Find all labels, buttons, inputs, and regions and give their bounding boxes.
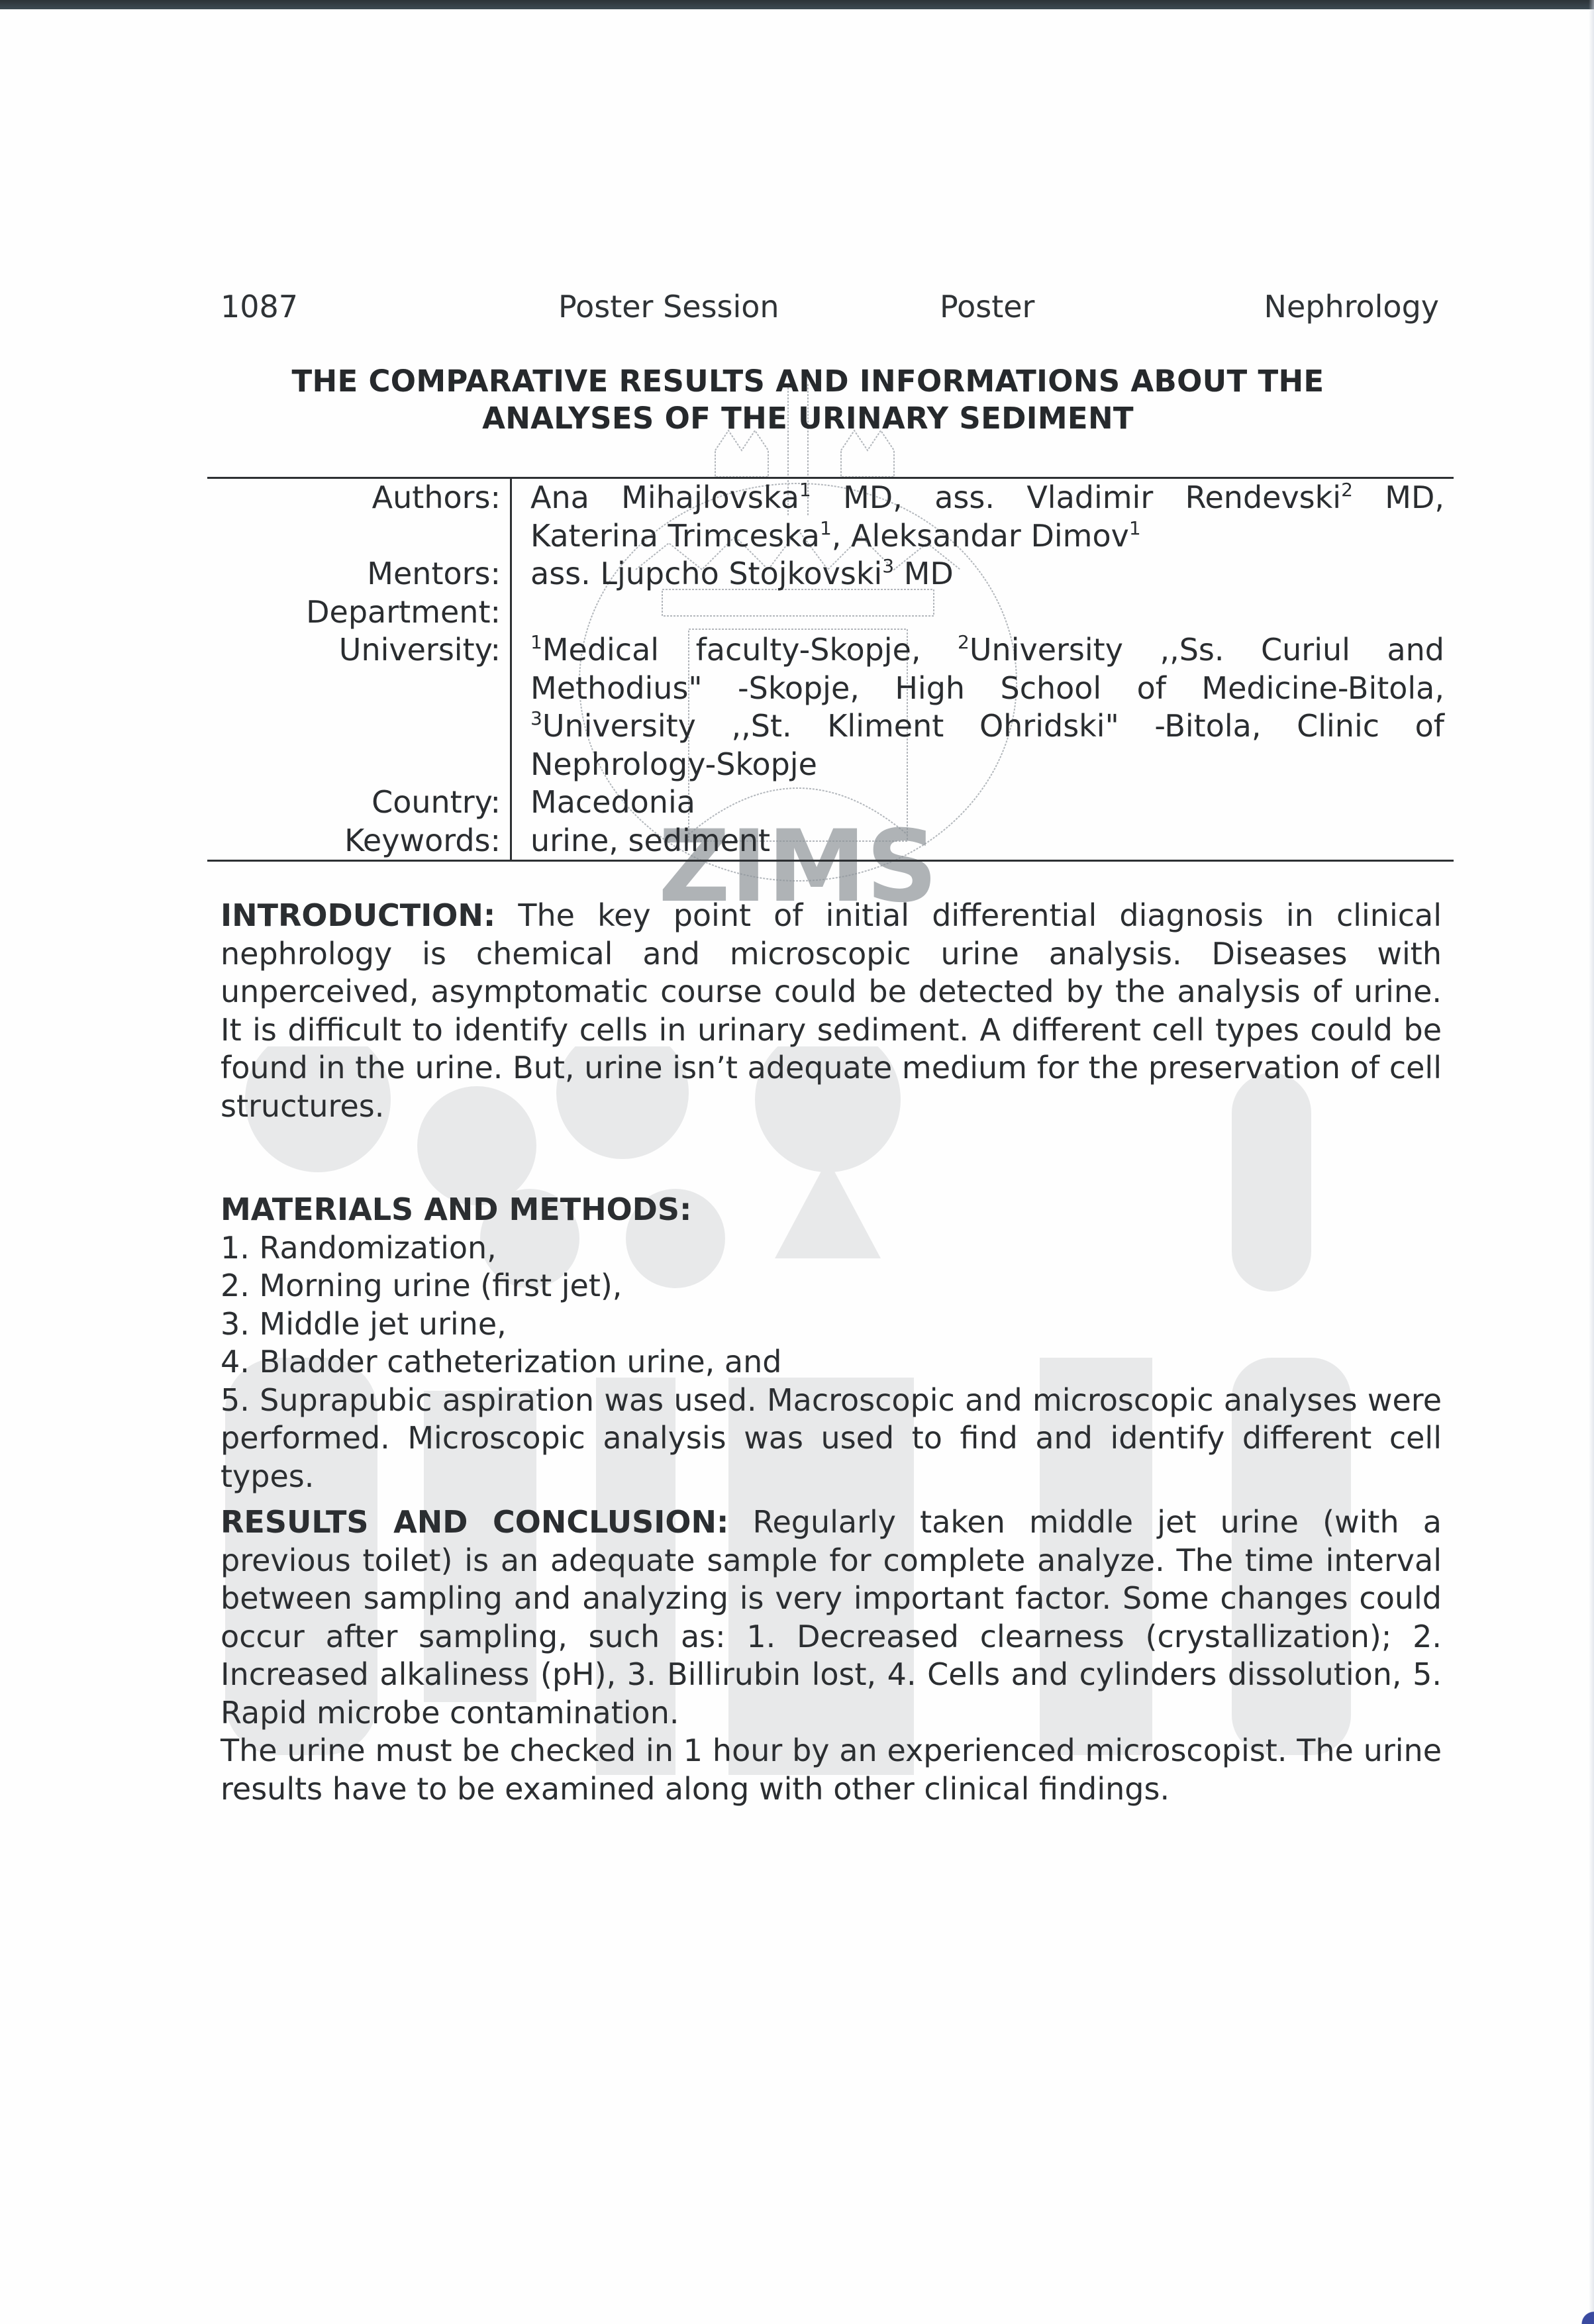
department-row: Department:: [207, 593, 1454, 632]
results-section: RESULTS AND CONCLUSION: Regularly taken …: [221, 1503, 1442, 1808]
methods-item-4: 4. Bladder catheterization urine, and: [221, 1343, 1442, 1382]
scan-corner-mark: [1577, 2307, 1594, 2324]
authors-value: Ana Mihajlovska1 MD, ass. Vladimir Rende…: [512, 479, 1454, 555]
introduction-heading: INTRODUCTION:: [221, 897, 495, 933]
affiliation-marker: 2: [958, 631, 970, 653]
scan-edge-top: [0, 0, 1594, 9]
affiliation-marker: 1: [799, 479, 811, 501]
country-label: Country:: [207, 783, 512, 822]
mentors-label: Mentors:: [207, 555, 512, 593]
department-value: [512, 593, 1454, 632]
methods-heading: MATERIALS AND METHODS:: [221, 1191, 1442, 1229]
metadata-table: Authors: Ana Mihajlovska1 MD, ass. Vladi…: [207, 477, 1454, 862]
title-line-1: THE COMPARATIVE RESULTS AND INFORMATIONS…: [199, 363, 1417, 400]
abstract-title: THE COMPARATIVE RESULTS AND INFORMATIONS…: [199, 363, 1417, 437]
presentation-type: Poster: [940, 289, 1034, 325]
affiliation-marker: 2: [1341, 479, 1353, 501]
results-paragraph: RESULTS AND CONCLUSION: Regularly taken …: [221, 1503, 1442, 1732]
results-closing: The urine must be checked in 1 hour by a…: [221, 1732, 1442, 1808]
affiliation-marker: 3: [882, 555, 894, 577]
department-label: Department:: [207, 593, 512, 632]
country-value: Macedonia: [512, 783, 1454, 822]
results-heading: RESULTS AND CONCLUSION:: [221, 1504, 728, 1540]
methods-item-1: 1. Randomization,: [221, 1229, 1442, 1268]
keywords-value: urine, sediment: [512, 822, 1454, 860]
affiliation-marker: 1: [820, 517, 832, 539]
title-line-2: ANALYSES OF THE URINARY SEDIMENT: [199, 400, 1417, 437]
topic-label: Nephrology: [1264, 289, 1439, 325]
affiliation-marker: 1: [1129, 517, 1141, 539]
affiliation-marker: 1: [530, 631, 542, 653]
keywords-label: Keywords:: [207, 822, 512, 860]
university-row: University: 1Medical faculty-Skopje, 2Un…: [207, 631, 1454, 783]
keywords-row: Keywords: urine, sediment: [207, 822, 1454, 860]
mentors-value: ass. Ljupcho Stojkovski3 MD: [512, 555, 1454, 593]
methods-item-2: 2. Morning urine (first jet),: [221, 1267, 1442, 1305]
mentors-row: Mentors: ass. Ljupcho Stojkovski3 MD: [207, 555, 1454, 593]
university-value: 1Medical faculty-Skopje, 2University ,,S…: [512, 631, 1454, 783]
methods-item-5: 5. Suprapubic aspiration was used. Macro…: [221, 1382, 1442, 1496]
page-header: 1087 Poster Session Poster Nephrology: [221, 289, 1439, 328]
authors-label: Authors:: [207, 479, 512, 555]
country-row: Country: Macedonia: [207, 783, 1454, 822]
scan-edge-right: [1589, 0, 1594, 2324]
abstract-number: 1087: [221, 289, 298, 325]
methods-section: MATERIALS AND METHODS: 1. Randomization,…: [221, 1191, 1442, 1495]
university-label: University:: [207, 631, 512, 783]
session-label: Poster Session: [558, 289, 779, 325]
authors-row: Authors: Ana Mihajlovska1 MD, ass. Vladi…: [207, 479, 1454, 555]
methods-item-3: 3. Middle jet urine,: [221, 1305, 1442, 1344]
introduction-section: INTRODUCTION: The key point of initial d…: [221, 897, 1442, 1125]
affiliation-marker: 3: [530, 707, 542, 729]
